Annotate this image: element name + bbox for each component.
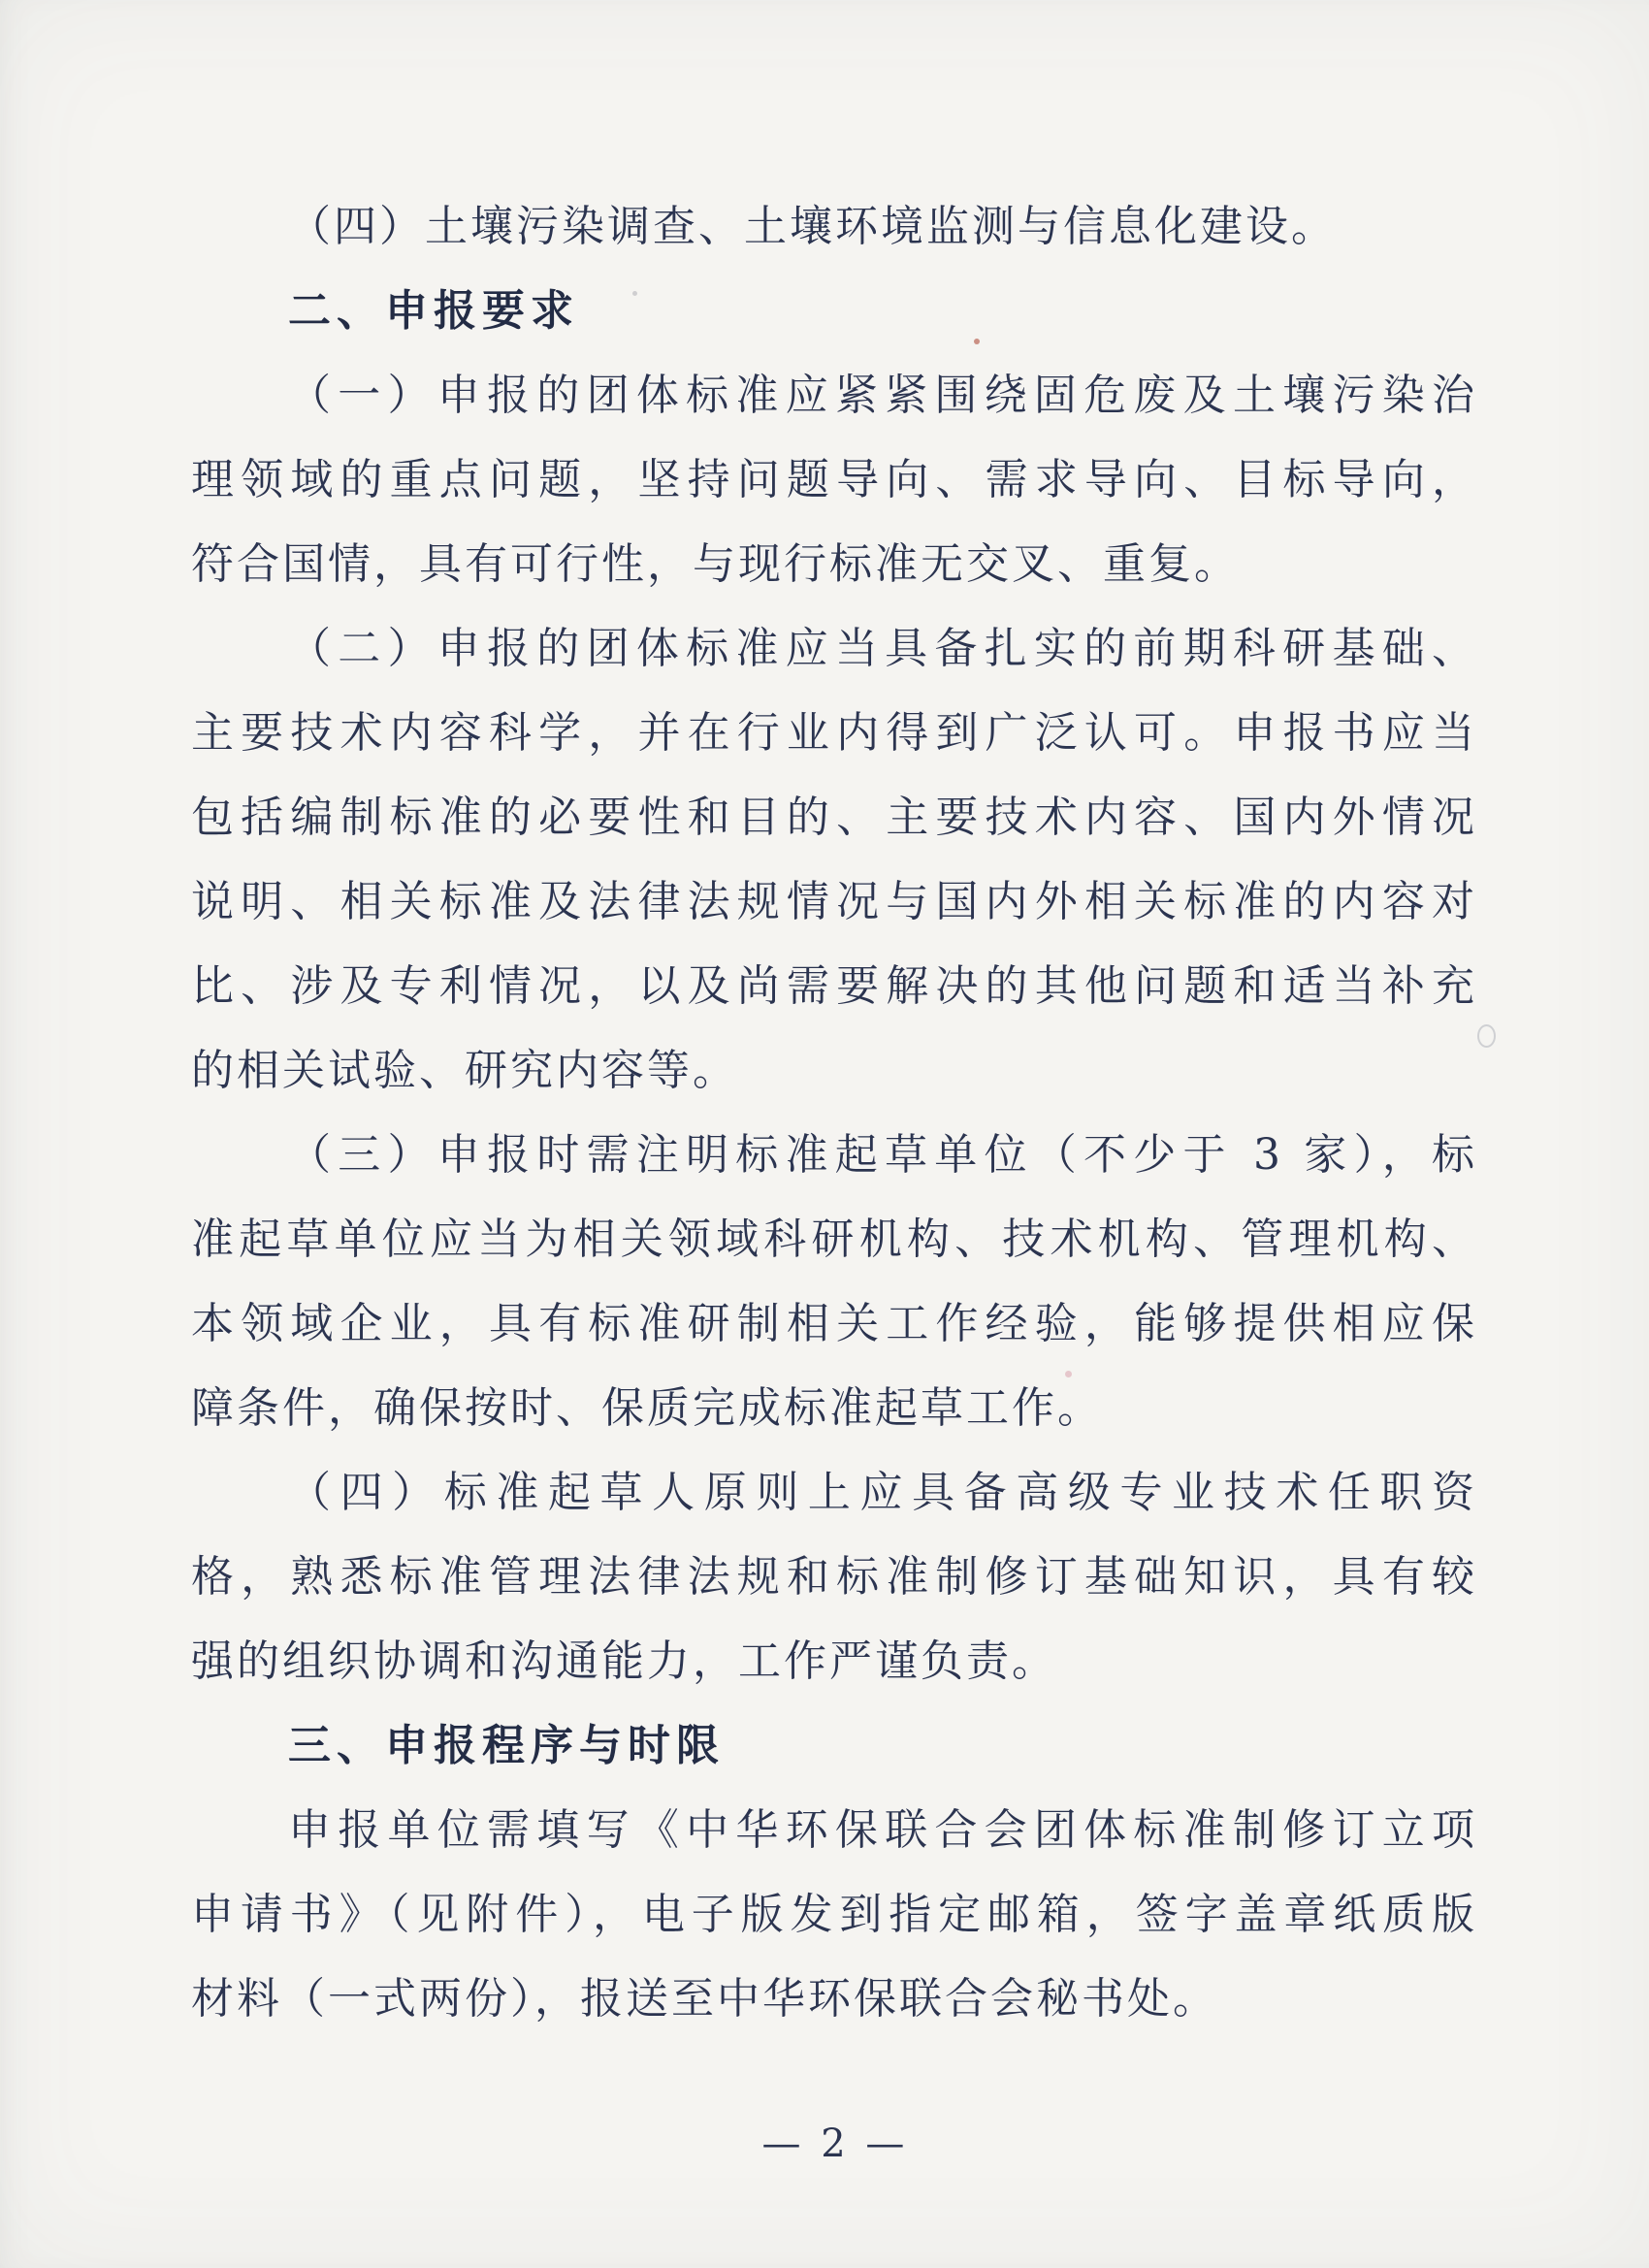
text-line: 符合国情，具有可行性，与现行标准无交叉、重复。 <box>191 522 1477 606</box>
text-line: 格，熟悉标准管理法律法规和标准制修订基础知识，具有较 <box>191 1535 1477 1619</box>
text-line: 材料（一式两份），报送至中华环保联合会秘书处。 <box>191 1957 1477 2041</box>
text-line: 本领域企业，具有标准研制相关工作经验，能够提供相应保 <box>191 1281 1477 1366</box>
text-line: （一）申报的团体标准应紧紧围绕固危废及土壤污染治 <box>191 353 1477 437</box>
page-number: — 2 — <box>0 2101 1649 2187</box>
text-line: 说明、相关标准及法律法规情况与国内外相关标准的内容对 <box>191 859 1477 944</box>
text-line: 申报单位需填写《中华环保联合会团体标准制修订立项 <box>191 1788 1477 1872</box>
text-line: （四）土壤污染调查、土壤环境监测与信息化建设。 <box>191 184 1477 269</box>
text-line: 障条件，确保按时、保质完成标准起草工作。 <box>191 1366 1477 1450</box>
section-heading: 三、申报程序与时限 <box>191 1703 1477 1788</box>
text-line: 理领域的重点问题，坚持问题导向、需求导向、目标导向， <box>191 437 1477 522</box>
text-line: 申请书》（见附件），电子版发到指定邮箱，签字盖章纸质版 <box>191 1872 1477 1957</box>
document-body: （四）土壤污染调查、土壤环境监测与信息化建设。二、申报要求（一）申报的团体标准应… <box>191 184 1477 2041</box>
text-line: 强的组织协调和沟通能力，工作严谨负责。 <box>191 1619 1477 1703</box>
text-line: （二）申报的团体标准应当具备扎实的前期科研基础、 <box>191 606 1477 691</box>
text-line: 准起草单位应当为相关领域科研机构、技术机构、管理机构、 <box>191 1197 1477 1281</box>
text-line: （三）申报时需注明标准起草单位（不少于 3 家），标 <box>191 1113 1477 1197</box>
scan-speck <box>1477 1024 1496 1048</box>
text-line: （四）标准起草人原则上应具备高级专业技术任职资 <box>191 1450 1477 1535</box>
scanned-document-page: （四）土壤污染调查、土壤环境监测与信息化建设。二、申报要求（一）申报的团体标准应… <box>0 0 1649 2268</box>
text-line: 比、涉及专利情况，以及尚需要解决的其他问题和适当补充 <box>191 944 1477 1028</box>
section-heading: 二、申报要求 <box>191 269 1477 353</box>
text-line: 的相关试验、研究内容等。 <box>191 1028 1477 1113</box>
text-line: 主要技术内容科学，并在行业内得到广泛认可。申报书应当 <box>191 691 1477 775</box>
text-line: 包括编制标准的必要性和目的、主要技术内容、国内外情况 <box>191 775 1477 859</box>
